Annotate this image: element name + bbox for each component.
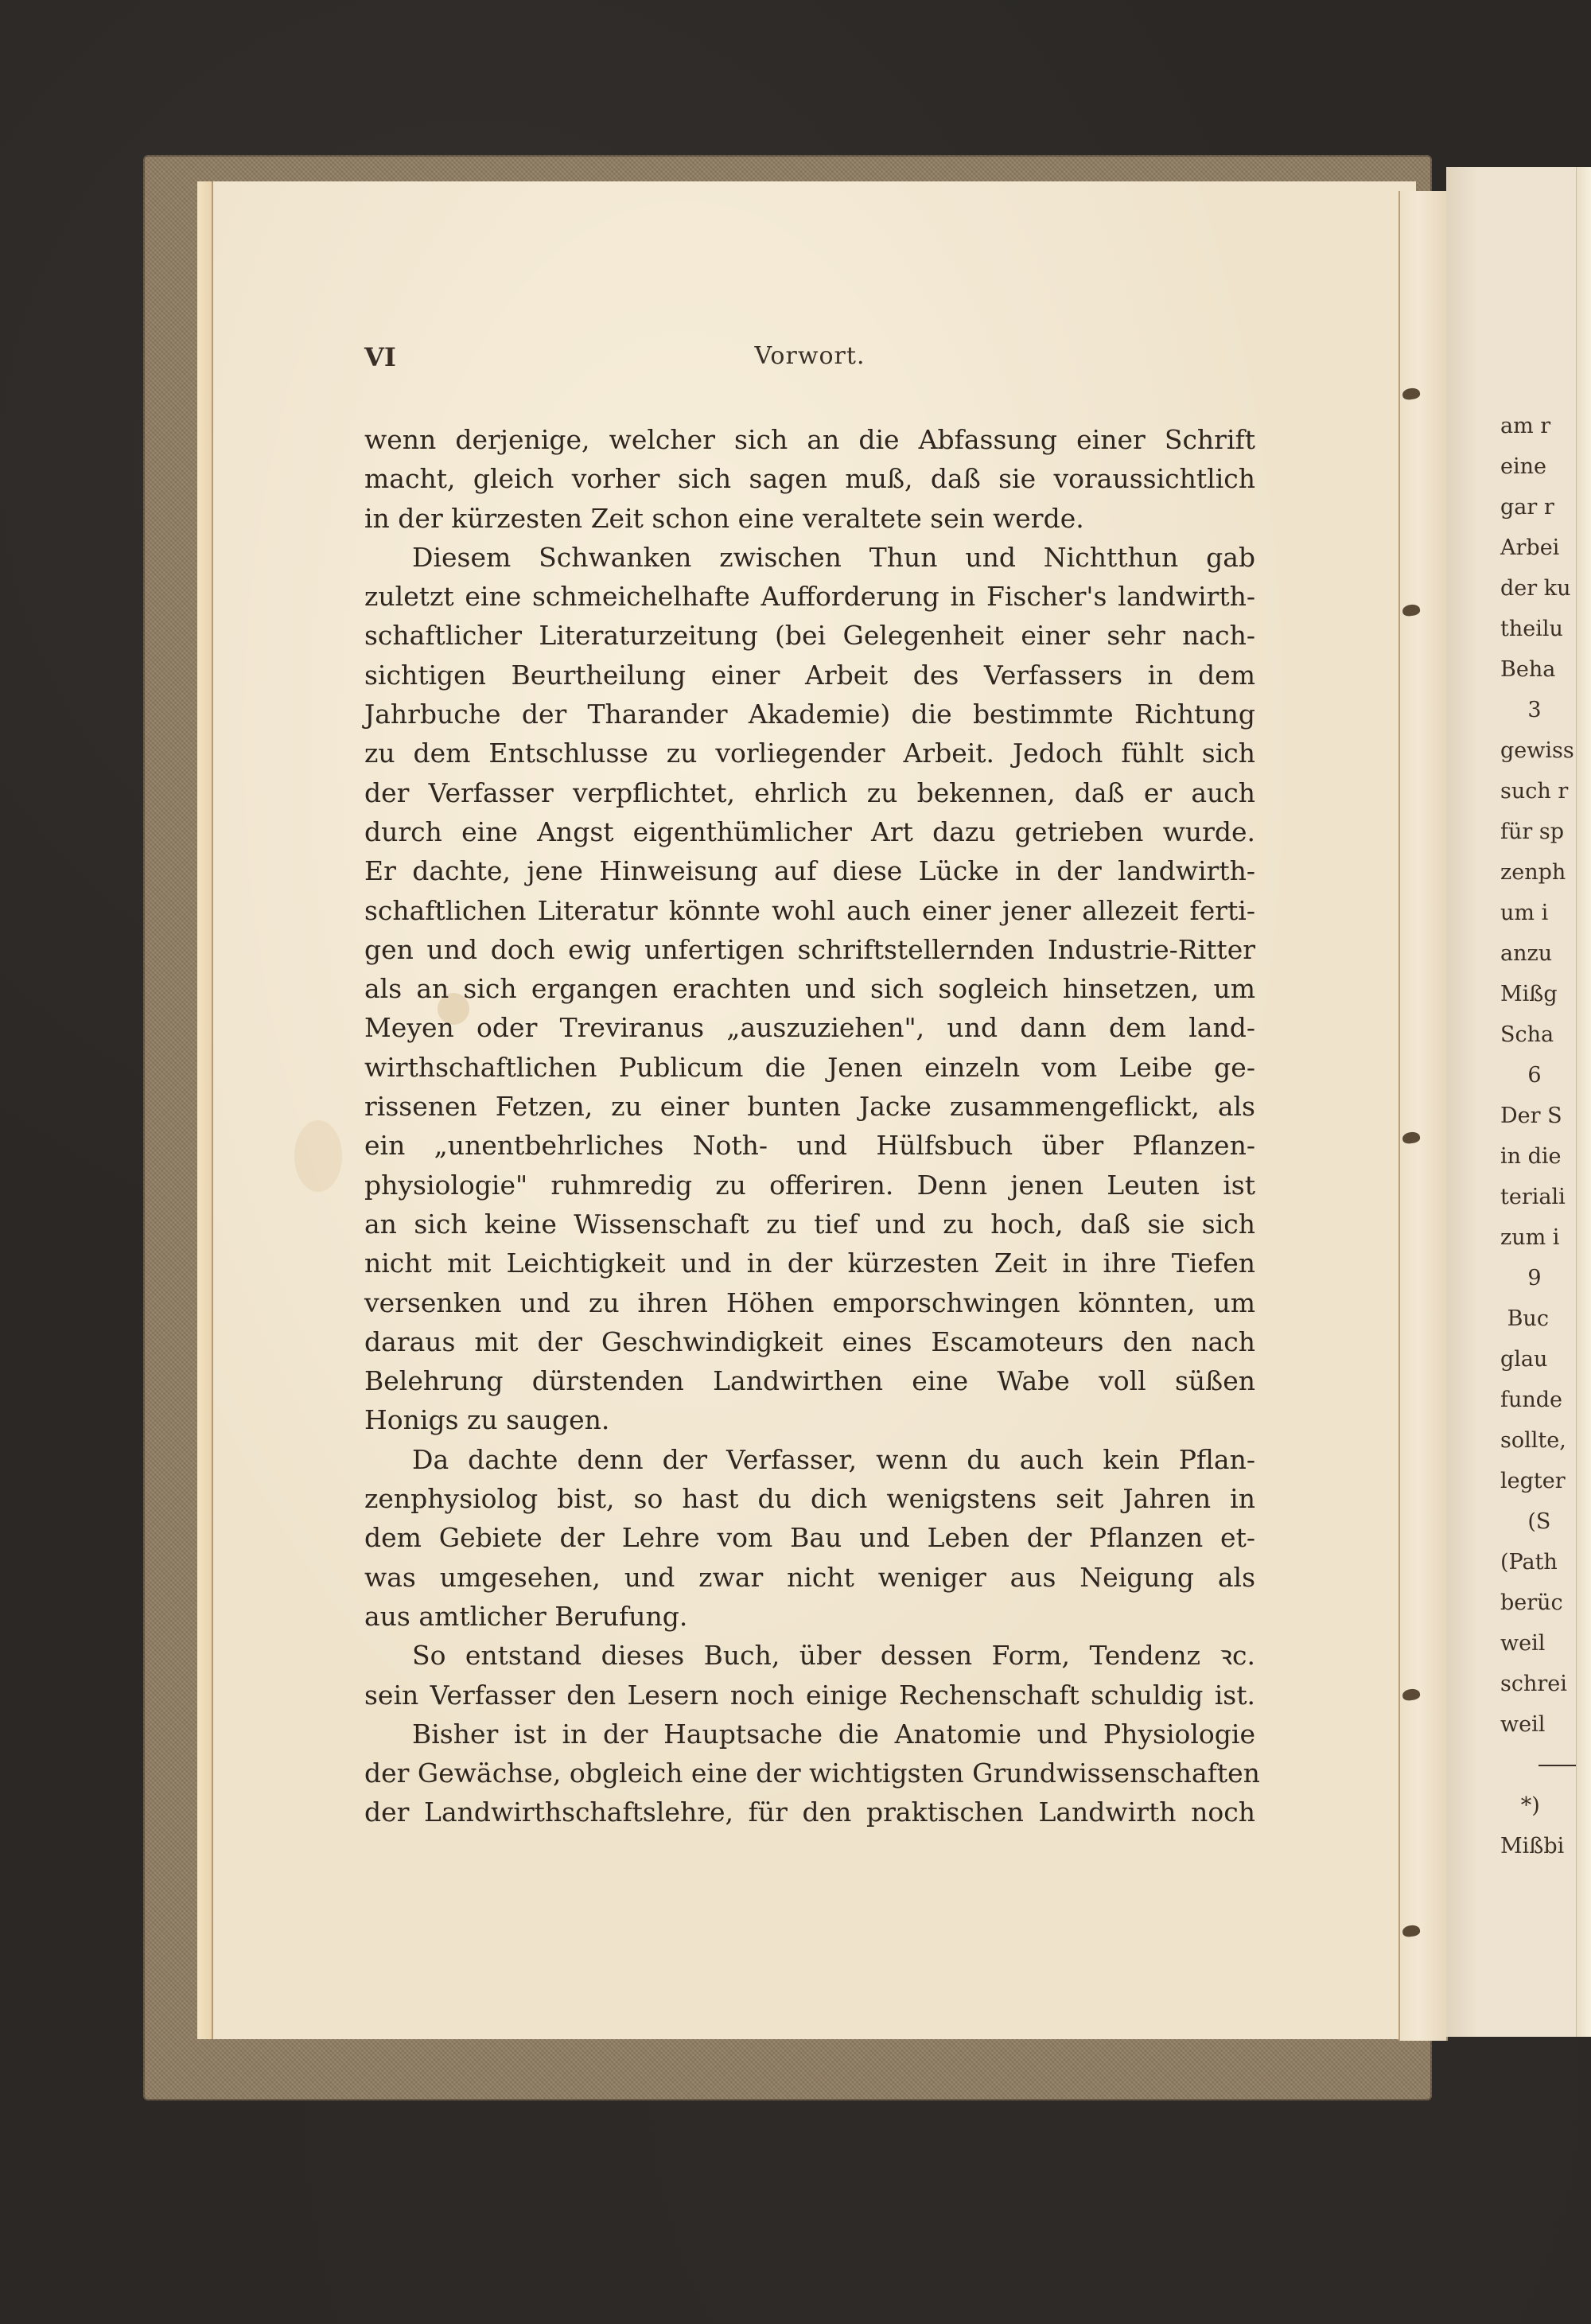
right-page-line: legter [1500, 1461, 1574, 1501]
book-scan: am reine gar rArbeider kutheiluBeha 3gew… [0, 0, 1591, 2324]
right-page-line: glau [1500, 1339, 1574, 1380]
text-line: Belehrung dürstenden Landwirthen eine Wa… [364, 1361, 1255, 1400]
text-line: zuletzt eine schmeichelhafte Aufforderun… [364, 577, 1255, 616]
running-title: Vorwort. [364, 342, 1255, 370]
text-line: ein „unentbehrliches Noth- und Hülfsbuch… [364, 1126, 1255, 1165]
right-page-line: 9 [1500, 1258, 1574, 1298]
right-page-line: Buc [1500, 1298, 1574, 1339]
right-page-line: in die [1500, 1136, 1574, 1177]
right-page-fragment: am reine gar rArbeider kutheiluBeha 3gew… [1446, 167, 1591, 2037]
text-line: sein Verfasser den Lesern noch einige Re… [364, 1676, 1255, 1715]
text-line: wenn derjenige, welcher sich an die Abfa… [364, 420, 1255, 459]
text-line: Diesem Schwanken zwischen Thun und Nicht… [364, 538, 1255, 577]
text-line: an sich keine Wissenschaft zu tief und z… [364, 1205, 1255, 1244]
right-page-line: Der S [1500, 1096, 1574, 1136]
right-page-line: schrei [1500, 1664, 1574, 1704]
text-line: sichtigen Beurtheilung einer Arbeit des … [364, 656, 1255, 695]
right-page-line: gar r [1500, 487, 1574, 527]
text-line: der Verfasser verpflichtet, ehrlich zu b… [364, 773, 1255, 812]
text-line: gen und doch ewig unfertigen schriftstel… [364, 930, 1255, 969]
right-page-line: zenph [1500, 852, 1574, 893]
text-line: versenken und zu ihren Höhen emporschwin… [364, 1283, 1255, 1322]
text-line: rissenen Fetzen, zu einer bunten Jacke z… [364, 1087, 1255, 1126]
right-page-line: such r [1500, 771, 1574, 812]
running-header: VI Vorwort. [364, 342, 1255, 382]
right-page-line: weil [1500, 1704, 1574, 1745]
right-page-line: berüc [1500, 1582, 1574, 1623]
right-page-line: (Path [1500, 1542, 1574, 1582]
text-line: schaftlicher Literaturzeitung (bei Geleg… [364, 616, 1255, 655]
text-line: nicht mit Leichtigkeit und in der kürzes… [364, 1244, 1255, 1283]
text-line: was umgesehen, und zwar nicht weniger au… [364, 1558, 1255, 1597]
right-page-line: anzu [1500, 933, 1574, 974]
body-text: wenn derjenige, welcher sich an die Abfa… [364, 420, 1255, 1832]
text-line: als an sich ergangen erachten und sich s… [364, 969, 1255, 1008]
right-page-line: (S [1500, 1501, 1574, 1542]
text-line: in der kürzesten Zeit schon eine veralte… [364, 499, 1255, 538]
right-page-line: für sp [1500, 812, 1574, 852]
text-line: Bisher ist in der Hauptsache die Anatomi… [364, 1715, 1255, 1754]
right-page-line: 3 [1500, 690, 1574, 730]
right-page-line: der ku [1500, 568, 1574, 609]
right-page-line: *) [1500, 1785, 1574, 1826]
text-line: schaftlichen Literatur könnte wohl auch … [364, 891, 1255, 930]
right-page-line: theilu [1500, 609, 1574, 649]
text-line: macht, gleich vorher sich sagen muß, daß… [364, 459, 1255, 498]
text-line: dem Gebiete der Lehre vom Bau und Leben … [364, 1518, 1255, 1557]
right-page-line: zum i [1500, 1217, 1574, 1258]
book-gutter [1398, 191, 1448, 2041]
right-page-line: funde [1500, 1380, 1574, 1420]
text-line: durch eine Angst eigenthümlicher Art daz… [364, 812, 1255, 851]
text-line: Er dachte, jene Hinweisung auf diese Lüc… [364, 851, 1255, 890]
text-line: Da dachte denn der Verfasser, wenn du au… [364, 1440, 1255, 1479]
right-page-line: weil [1500, 1623, 1574, 1664]
right-page-line: Beha [1500, 649, 1574, 690]
text-line: der Gewächse, obgleich eine der wichtigs… [364, 1754, 1255, 1793]
right-page-line: Scha [1500, 1014, 1574, 1055]
text-line: zu dem Entschlusse zu vorliegender Arbei… [364, 734, 1255, 773]
text-line: zenphysiolog bist, so hast du dich wenig… [364, 1479, 1255, 1518]
text-line: Honigs zu saugen. [364, 1400, 1255, 1439]
right-page-text: am reine gar rArbeider kutheiluBeha 3gew… [1500, 406, 1574, 1867]
page-edges [197, 181, 213, 2039]
text-line: wirthschaftlichen Publicum die Jenen ein… [364, 1048, 1255, 1087]
right-page-line: Mißbi [1500, 1826, 1574, 1867]
text-line: aus amtlicher Berufung. [364, 1597, 1255, 1636]
text-line: Meyen oder Treviranus „auszuziehen", und… [364, 1008, 1255, 1047]
right-page-line: Mißg [1500, 974, 1574, 1014]
text-line: der Landwirthschaftslehre, für den prakt… [364, 1793, 1255, 1832]
paper-stain [294, 1120, 342, 1192]
text-line: So entstand dieses Buch, über dessen For… [364, 1636, 1255, 1675]
right-page-line: am r [1500, 406, 1574, 446]
right-page-line: um i [1500, 893, 1574, 933]
right-page-line: teriali [1500, 1177, 1574, 1217]
right-page-line: 6 [1500, 1055, 1574, 1096]
right-page-line: sollte, [1500, 1420, 1574, 1461]
text-line: daraus mit der Geschwindigkeit eines Esc… [364, 1322, 1255, 1361]
right-page-line: Arbei [1500, 527, 1574, 568]
right-page-line: eine [1500, 446, 1574, 487]
text-line: physiologie" ruhmredig zu offeriren. Den… [364, 1166, 1255, 1205]
page-fold [1576, 167, 1591, 2037]
right-page-line: gewiss [1500, 730, 1574, 771]
text-line: Jahrbuche der Tharander Akademie) die be… [364, 695, 1255, 734]
